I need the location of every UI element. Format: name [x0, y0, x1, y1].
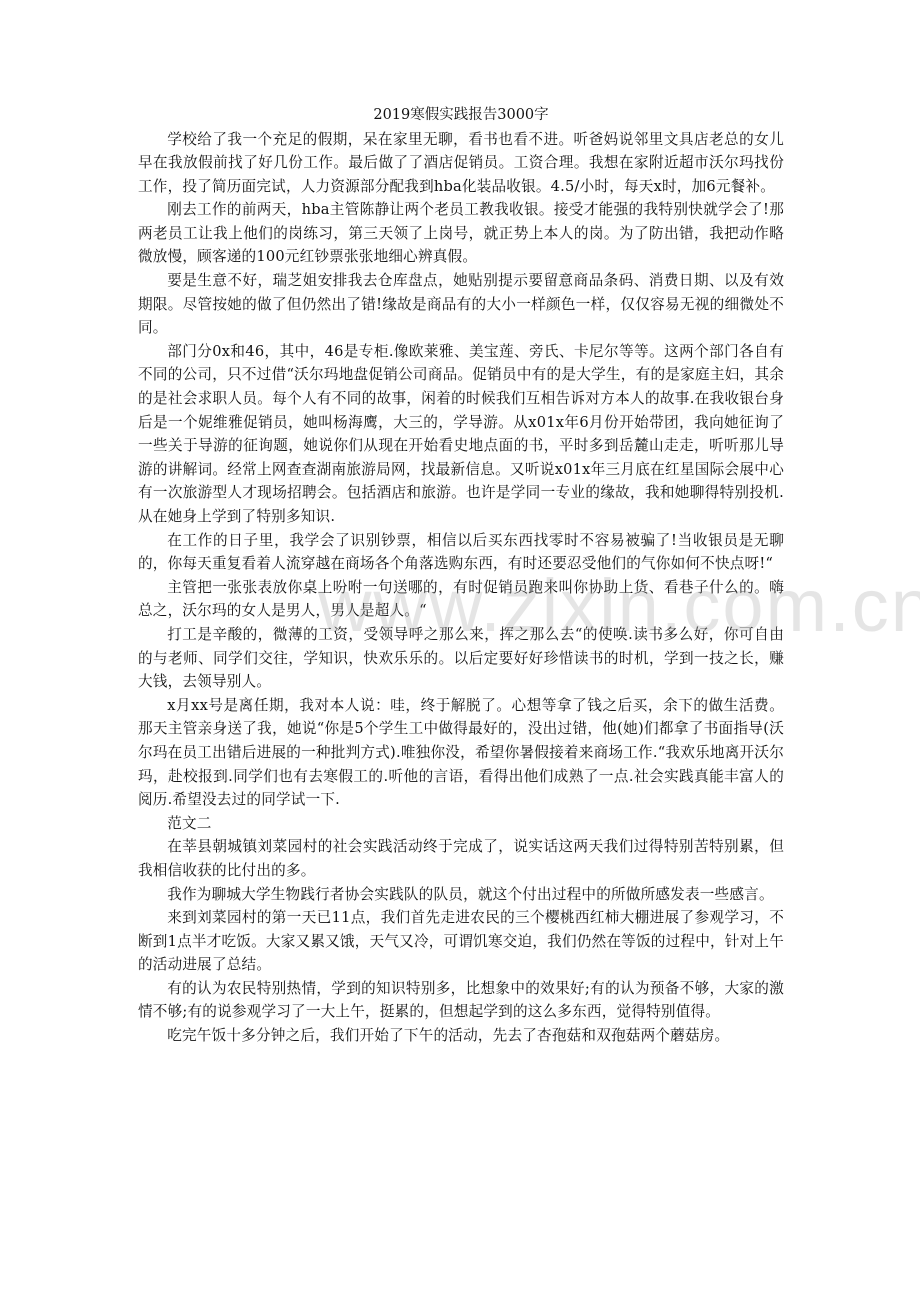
paragraph: 刚去工作的前两天，hba主管陈静让两个老员工教我收银。接受才能强的我特别快就学会… — [138, 198, 784, 269]
paragraph: 在莘县朝城镇刘菜园村的社会实践活动终于完成了，说实话这两天我们过得特别苦特别累，… — [138, 835, 784, 882]
paragraph: x月xx号是离任期，我对本人说：哇，终于解脱了。心想等拿了钱之后买，余下的做生活… — [138, 694, 784, 812]
paragraph: 学校给了我一个充足的假期，呆在家里无聊，看书也看不进。听爸妈说邻里文具店老总的女… — [138, 128, 784, 199]
document-page: 2019寒假实践报告3000字 学校给了我一个充足的假期，呆在家里无聊，看书也看… — [138, 104, 784, 1048]
paragraph: 打工是辛酸的，微薄的工资，受领导呼之那么来，挥之那么去“的使唤.读书多么好，你可… — [138, 623, 784, 694]
paragraph: 在工作的日子里，我学会了识别钞票，相信以后买东西找零时不容易被骗了!当收银员是无… — [138, 529, 784, 576]
paragraph: 来到刘菜园村的第一天已11点，我们首先走进农民的三个樱桃西红柿大棚进展了参观学习… — [138, 906, 784, 977]
paragraph: 主管把一张张表放你桌上吩咐一句送哪的，有时促销员跑来叫你协助上货、看巷子什么的。… — [138, 576, 784, 623]
paragraph: 吃完午饭十多分钟之后，我们开始了下午的活动，先去了杏孢菇和双孢菇两个蘑菇房。 — [138, 1024, 784, 1048]
paragraph: 部门分0x和46，其中，46是专柜.像欧莱雅、美宝莲、旁氏、卡尼尔等等。这两个部… — [138, 340, 784, 529]
paragraph: 有的认为农民特别热情，学到的知识特别多，比想象中的效果好;有的认为预备不够，大家… — [138, 977, 784, 1024]
document-title: 2019寒假实践报告3000字 — [138, 104, 784, 128]
paragraph: 要是生意不好，瑞芝姐安排我去仓库盘点，她贴别提示要留意商品条码、消费日期、以及有… — [138, 269, 784, 340]
paragraph: 我作为聊城大学生物践行者协会实践队的队员，就这个付出过程中的所做所感发表一些感言… — [138, 883, 784, 907]
section-heading-sample-two: 范文二 — [138, 812, 784, 836]
